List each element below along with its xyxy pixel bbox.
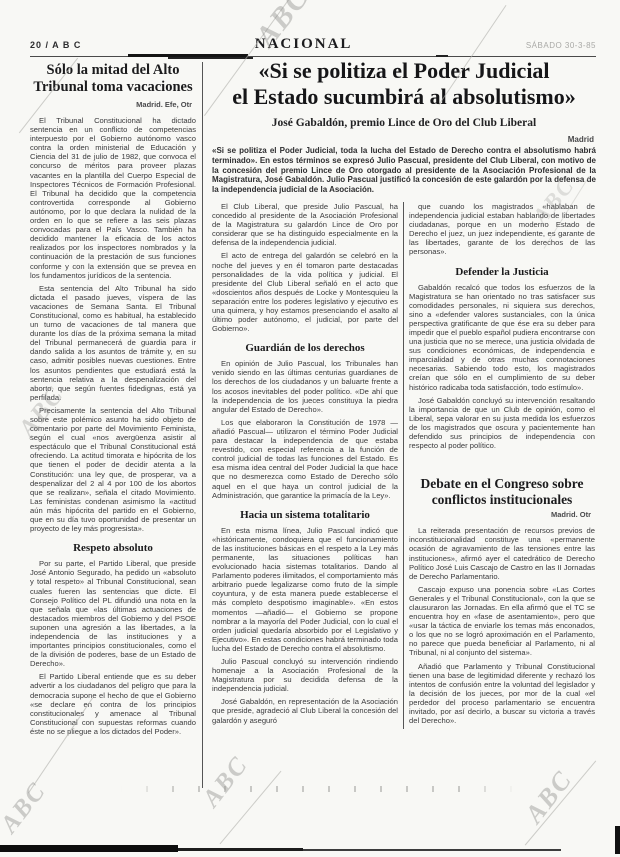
page-number: 20 / A B C <box>30 40 81 50</box>
paragraph: El Partido Liberal entiende que es su de… <box>30 672 196 736</box>
column-divider <box>202 62 203 788</box>
paragraph: Añadió que Parlamento y Tribunal Constit… <box>409 662 595 726</box>
left-article-subhead: Respeto absoluto <box>30 542 196 554</box>
paragraph: José Gabaldón concluyó su intervención r… <box>409 396 595 451</box>
paragraph: El Tribunal Constitucional ha dictado se… <box>30 116 196 280</box>
abc-watermark: ABC <box>519 765 578 829</box>
main-headline-line1: «Si se politiza el Poder Judicial <box>258 58 549 83</box>
abc-watermark: ABC <box>0 777 52 838</box>
page-header: 20 / A B C NACIONAL SÁBADO 30-3-85 <box>30 36 596 53</box>
paragraph: La reiterada presentación de recursos pr… <box>409 526 595 581</box>
lead-paragraph: «Si se politiza el Poder Judicial, toda … <box>212 146 596 195</box>
subhead-sistema-totalitario: Hacia un sistema totalitario <box>212 509 398 521</box>
paragraph: El acto de entrega del galardón se celeb… <box>212 251 398 333</box>
subhead-defender-justicia: Defender la Justicia <box>409 266 595 278</box>
bottom-rule-medium <box>178 848 303 851</box>
paragraph: Precisamente la sentencia del Alto Tribu… <box>30 406 196 533</box>
paragraph: Por su parte, el Partido Liberal, que pr… <box>30 559 196 668</box>
paragraph: Gabaldón recalcó que todos los esfuerzos… <box>409 283 595 392</box>
paragraph: José Gabaldón, en representación de la A… <box>212 697 398 724</box>
main-column-1: El Club Liberal, que preside Julio Pascu… <box>212 202 398 729</box>
page-edge-mark <box>615 826 620 854</box>
main-headline-line2: el Estado sucumbirá al absolutismo» <box>232 84 576 109</box>
header-rule <box>30 56 596 57</box>
paragraph: Cascajo expuso una ponencia sobre «Las C… <box>409 585 595 658</box>
main-dateline: Madrid <box>212 135 594 144</box>
inner-column-divider <box>403 202 404 729</box>
paragraph: En opinión de Julio Pascual, los Tribuna… <box>212 359 398 414</box>
secondary-headline: Debate en el Congreso sobre conflictos i… <box>409 476 595 508</box>
secondary-byline: Madrid. Otr <box>409 510 591 519</box>
abc-watermark: ABC <box>198 751 255 812</box>
main-column-2: que cuando los magistrados «hablaban de … <box>409 202 595 729</box>
paragraph: Los que elaboraron la Constitución de 19… <box>212 418 398 500</box>
paragraph: Julio Pascual concluyó su intervención r… <box>212 657 398 693</box>
secondary-article: Debate en el Congreso sobre conflictos i… <box>409 476 595 725</box>
scan-specks <box>120 786 520 792</box>
main-headline: «Si se politiza el Poder Judicial el Est… <box>212 58 596 110</box>
newspaper-page: 20 / A B C NACIONAL SÁBADO 30-3-85 Sólo … <box>0 0 620 857</box>
left-article-byline: Madrid. Efe, Otr <box>30 100 192 109</box>
main-article-columns: El Club Liberal, que preside Julio Pascu… <box>212 202 596 729</box>
main-article: «Si se politiza el Poder Judicial el Est… <box>212 58 596 729</box>
left-article-headline: Sólo la mitad del Alto Tribunal toma vac… <box>30 62 196 96</box>
paragraph: El Club Liberal, que preside Julio Pascu… <box>212 202 398 247</box>
main-deck: José Gabaldón, premio Lince de Oro del C… <box>212 117 596 129</box>
bottom-rule-thick <box>0 845 178 852</box>
subhead-guardian-derechos: Guardián de los derechos <box>212 342 398 354</box>
header-rule-segment <box>436 55 448 57</box>
bottom-rule-thin <box>303 849 561 851</box>
page-date: SÁBADO 30-3-85 <box>526 41 596 50</box>
paragraph: En esta misma línea, Julio Pascual indic… <box>212 526 398 653</box>
paragraph: Esta sentencia del Alto Tribunal ha sido… <box>30 284 196 402</box>
